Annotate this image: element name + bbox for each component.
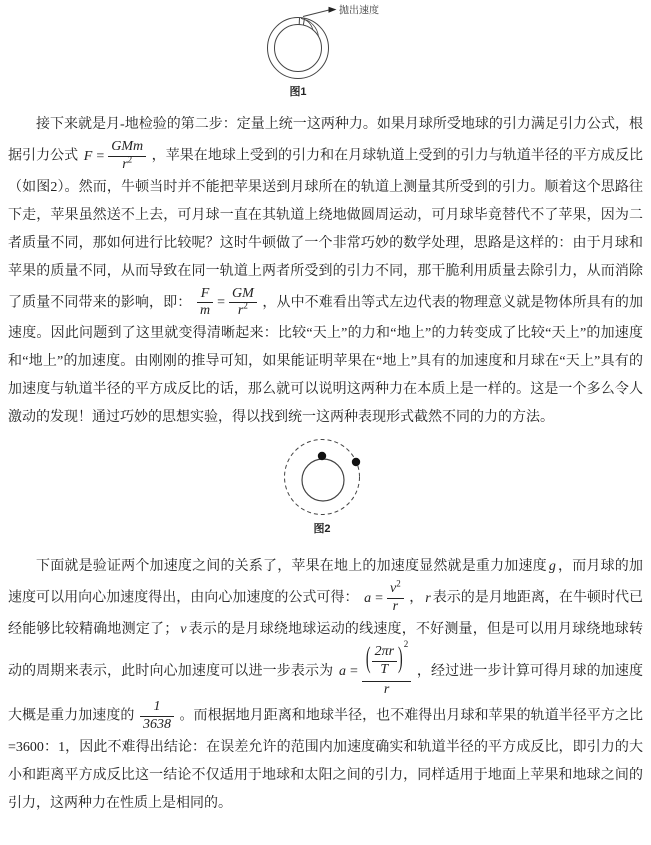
earth-circle [302, 459, 344, 501]
exponent: 2 [404, 639, 409, 649]
exponent: 2 [396, 579, 401, 589]
exponent: 2 [243, 301, 248, 311]
variable-r: r [425, 591, 430, 606]
formula-denominator: T [380, 662, 388, 677]
formula-denominator: m [200, 303, 210, 318]
figure-1-diagram: 抛出速度 [233, 3, 408, 81]
figure-1: 抛出速度 图1 [233, 0, 651, 99]
right-paren: ) [398, 643, 403, 678]
formula-ratio-3638: 13638 [140, 709, 178, 724]
equals-sign: = [217, 295, 225, 310]
text-segment: ，苹果在地球上受到的引力和在月球轨道上受到的引力与轨道半径的平方成反比（如图2）… [8, 149, 643, 311]
throw-velocity-label: 抛出速度 [339, 4, 379, 17]
left-paren: ( [366, 643, 371, 678]
text-segment: ， [409, 591, 423, 606]
text-segment: 下面就是验证两个加速度之间的关系了，苹果在地上的加速度显然就是重力加速度 [36, 559, 547, 574]
exponent: 2 [128, 154, 133, 164]
earth-surface-circle [275, 25, 322, 72]
formula-denominator: r [384, 682, 389, 697]
document-page: 抛出速度 图1 接下来就是月-地检验的第二步：定量上统一这两种力。如果月球所受地… [0, 0, 651, 845]
figure-1-caption: 图1 [233, 83, 363, 99]
apple-dot [318, 452, 326, 460]
paragraph-2: 下面就是验证两个加速度之间的关系了，苹果在地上的加速度显然就是重力加速度g，而月… [8, 553, 643, 818]
equals-sign: = [375, 591, 383, 606]
equals-sign: = [96, 149, 104, 164]
formula-numerator: F [201, 286, 210, 301]
formula-centripetal: a=v2r [364, 591, 407, 606]
formula-lhs: F [84, 149, 93, 164]
figure-2: 图2 [280, 437, 651, 536]
formula-lhs: a [339, 664, 346, 679]
paragraph-1: 接下来就是月-地检验的第二步：定量上统一这两种力。如果月球所受地球的引力满足引力… [8, 111, 643, 432]
figure-2-diagram [280, 437, 395, 518]
formula-denominator: r [393, 599, 398, 614]
formula-gravitation: F=GMmr2 [84, 149, 150, 164]
variable-v: v [180, 622, 186, 637]
formula-numerator: GMm [111, 139, 143, 154]
formula-denominator: 3638 [140, 716, 174, 734]
formula-lhs: a [364, 591, 371, 606]
formula-acceleration-equality: Fm=GMr2 [197, 295, 260, 310]
moon-dot [352, 458, 360, 466]
formula-numerator: 2πr [375, 644, 394, 659]
orbit-circle [268, 18, 329, 79]
variable-g: g [549, 559, 556, 574]
formula-numerator: 1 [140, 699, 174, 716]
text-segment: ，从中不难看出等式左边代表的物理意义就是物体所具有的加速度。因此问题到了这里就变… [8, 295, 643, 425]
formula-centripetal-period: a=(2πrT)2r [339, 664, 415, 679]
throw-velocity-arrow-icon [303, 7, 337, 17]
figure-2-caption: 图2 [280, 520, 364, 536]
moon-orbit-circle [285, 440, 360, 515]
formula-numerator: GM [232, 286, 254, 301]
equals-sign: = [350, 664, 358, 679]
